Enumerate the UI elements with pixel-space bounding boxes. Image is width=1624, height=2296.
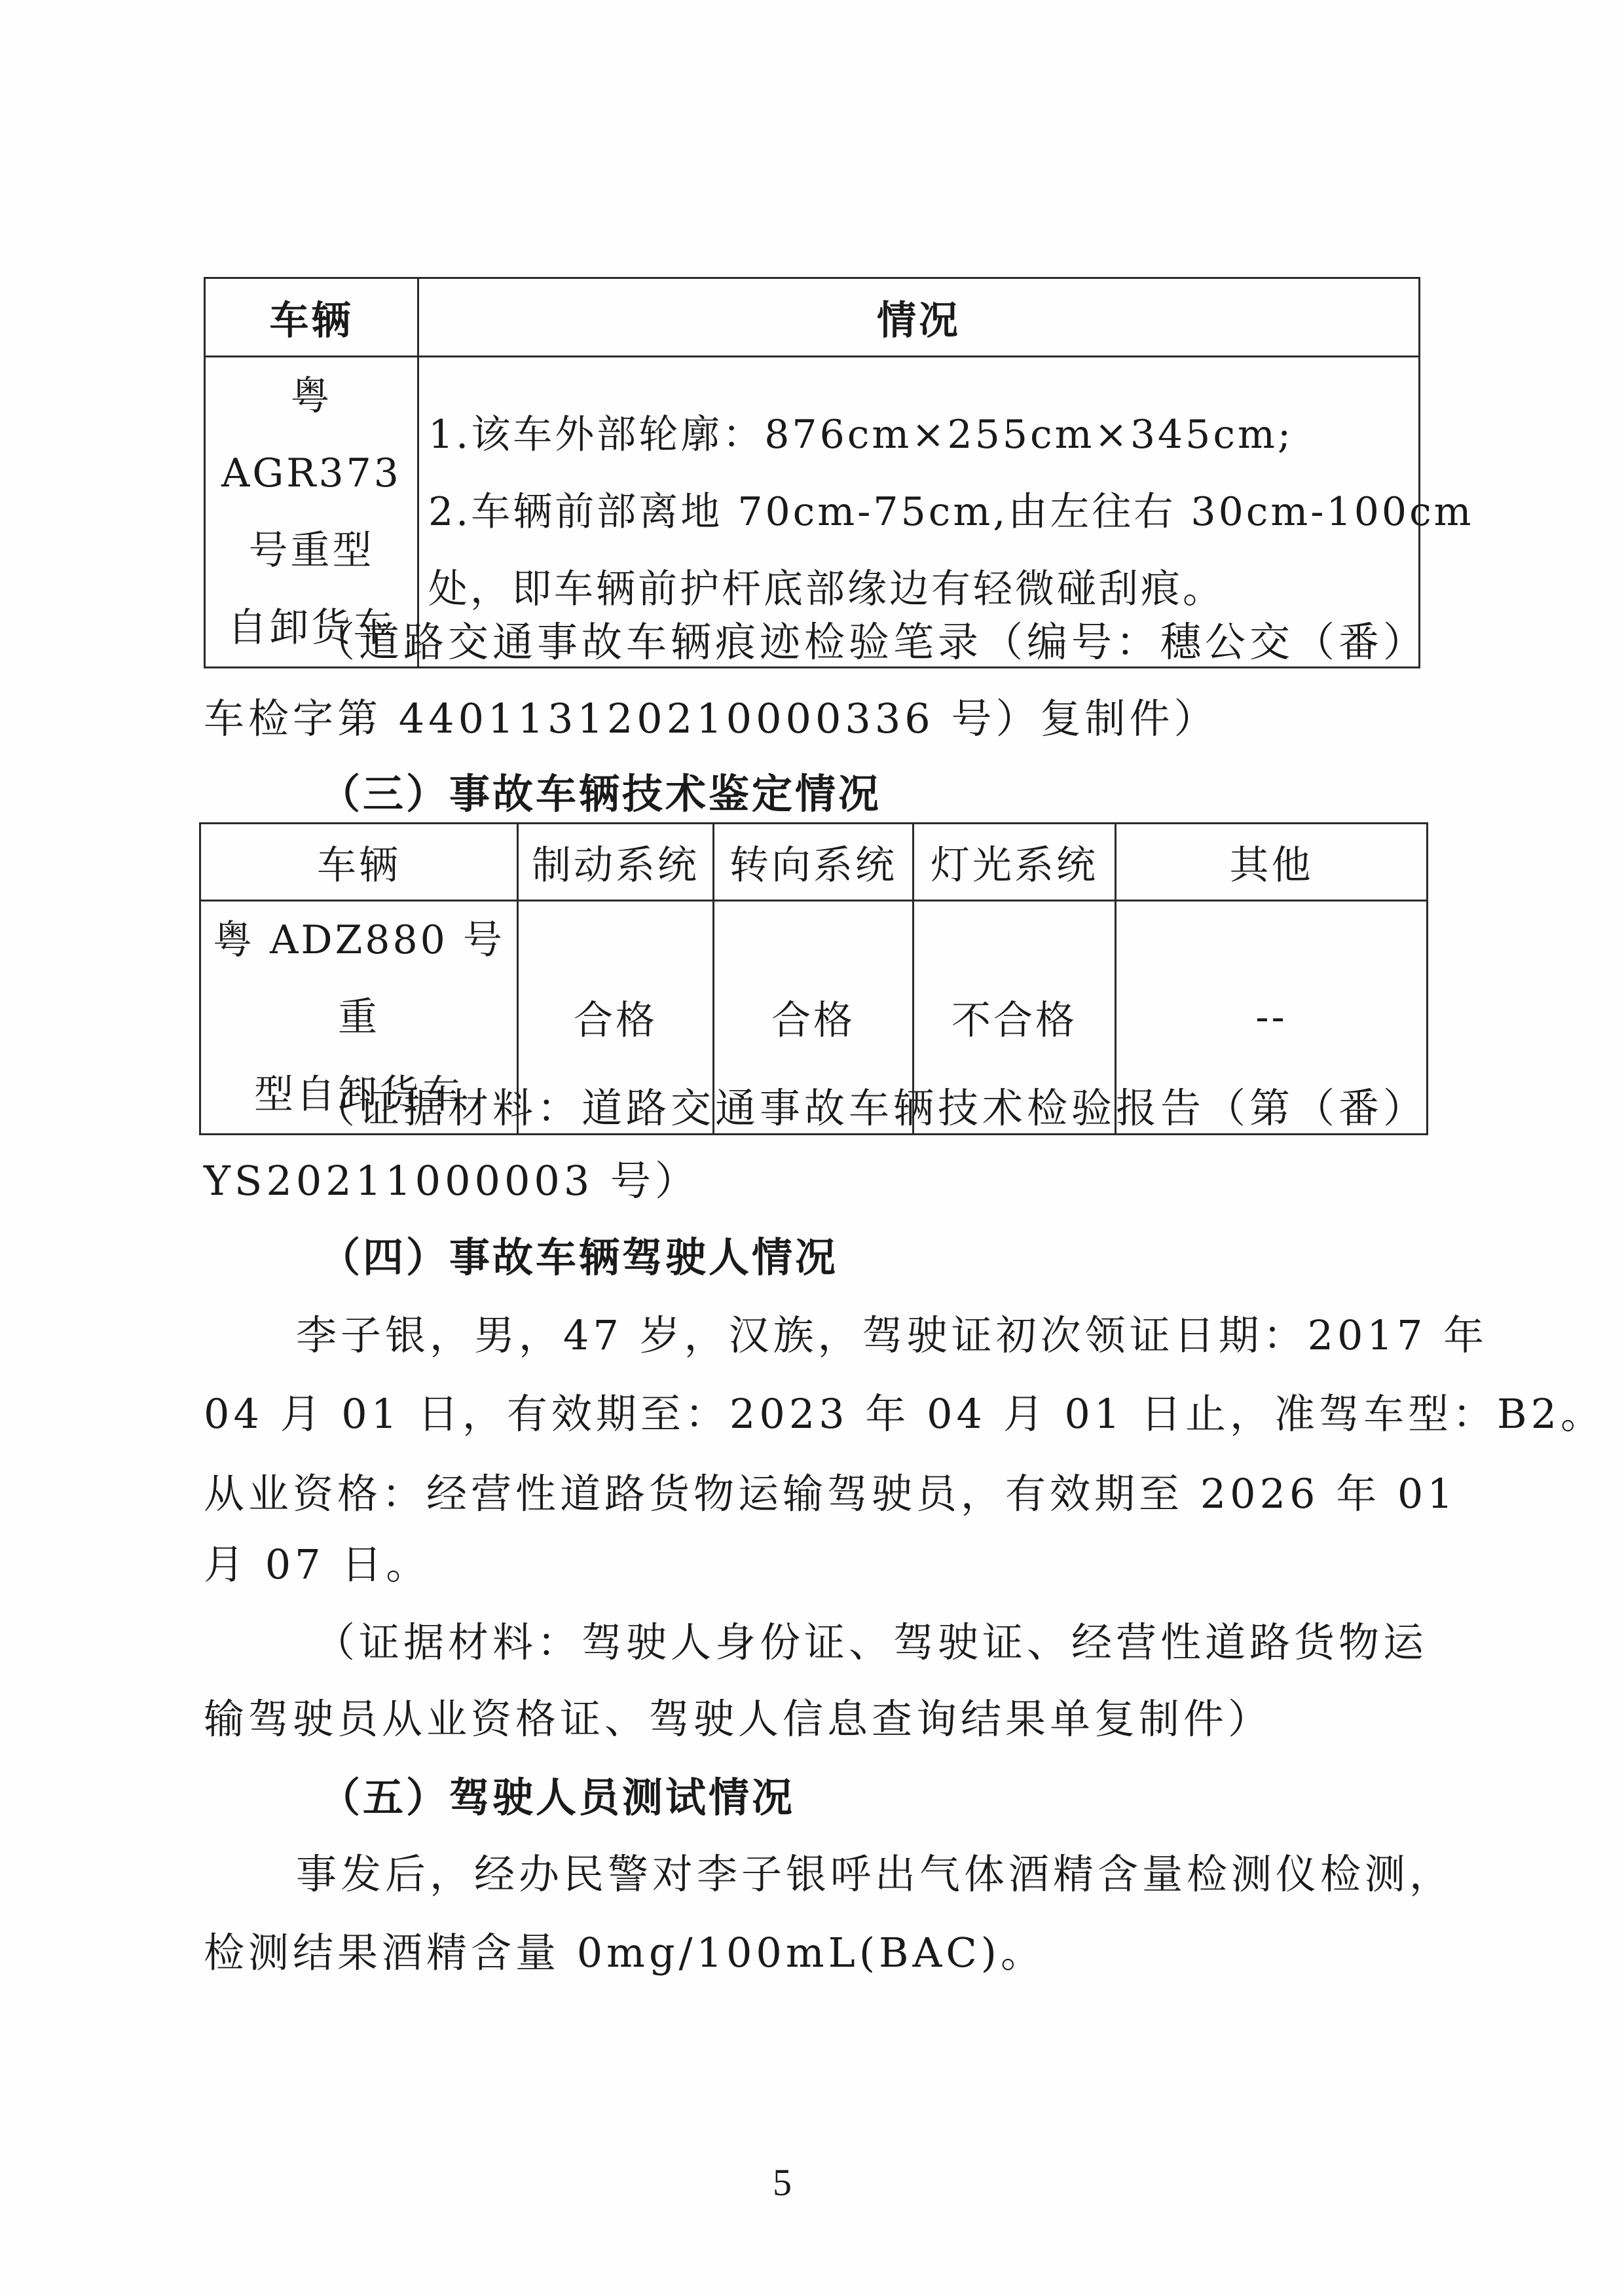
header-lighting-system: 灯光系统 [913, 824, 1116, 901]
section-heading-4: （四）事故车辆驾驶人情况 [320, 1231, 838, 1284]
evidence-text: 输驾驶员从业资格证、驾驶人信息查询结果单复制件） [204, 1693, 1272, 1745]
body-text: 事发后，经办民警对李子银呼出气体酒精含量检测仪检测， [296, 1848, 1454, 1901]
header-other: 其他 [1116, 824, 1428, 901]
situation-line: 1.该车外部轮廓：876cm×255cm×345cm; [419, 396, 1418, 473]
document-page: 车辆 情况 粤 AGR373 号重型 自卸货车 1.该车外部轮廓：876cm×2… [0, 0, 1624, 2296]
header-brake-system: 制动系统 [518, 824, 714, 901]
body-text: 检测结果酒精含量 0mg/100mL(BAC)。 [204, 1927, 1045, 1979]
evidence-text: 车检字第 440113120210000336 号）复制件） [204, 693, 1218, 745]
evidence-text: （证据材料：驾驶人身份证、驾驶证、经营性道路货物运 [314, 1616, 1428, 1669]
vehicle-line: 粤 AGR373 [206, 357, 417, 512]
evidence-text: （证据材料：道路交通事故车辆技术检验报告（第（番） [314, 1082, 1428, 1135]
header-vehicle: 车辆 [205, 278, 418, 357]
trace-inspection-table: 车辆 情况 粤 AGR373 号重型 自卸货车 1.该车外部轮廓：876cm×2… [204, 277, 1420, 668]
body-text: 从业资格：经营性道路货物运输驾驶员，有效期至 2026 年 01 [204, 1468, 1457, 1520]
body-text: 李子银，男，47 岁，汉族，驾驶证初次领证日期：2017 年 [296, 1309, 1488, 1362]
header-situation: 情况 [418, 278, 1420, 357]
page-number: 5 [773, 2160, 792, 2204]
header-steering-system: 转向系统 [714, 824, 913, 901]
table-header-row: 车辆 情况 [205, 278, 1420, 357]
body-text: 月 07 日。 [204, 1539, 430, 1591]
header-vehicle: 车辆 [200, 824, 518, 901]
evidence-text: YS20211000003 号） [204, 1155, 699, 1207]
table-header-row: 车辆 制动系统 转向系统 灯光系统 其他 [200, 824, 1428, 901]
section-heading-3: （三）事故车辆技术鉴定情况 [320, 768, 881, 820]
situation-line: 2.车辆前部离地 70cm-75cm,由左往右 30cm-100cm [419, 473, 1418, 551]
evidence-text: （道路交通事故车辆痕迹检验笔录（编号：穗公交（番） [314, 616, 1428, 668]
body-text: 04 月 01 日，有效期至：2023 年 04 月 01 日止，准驾车型：B2… [204, 1388, 1605, 1440]
vehicle-line: 粤 ADZ880 号重 [201, 902, 517, 1056]
vehicle-line: 号重型 [206, 512, 417, 589]
section-heading-5: （五）驾驶人员测试情况 [320, 1772, 795, 1824]
